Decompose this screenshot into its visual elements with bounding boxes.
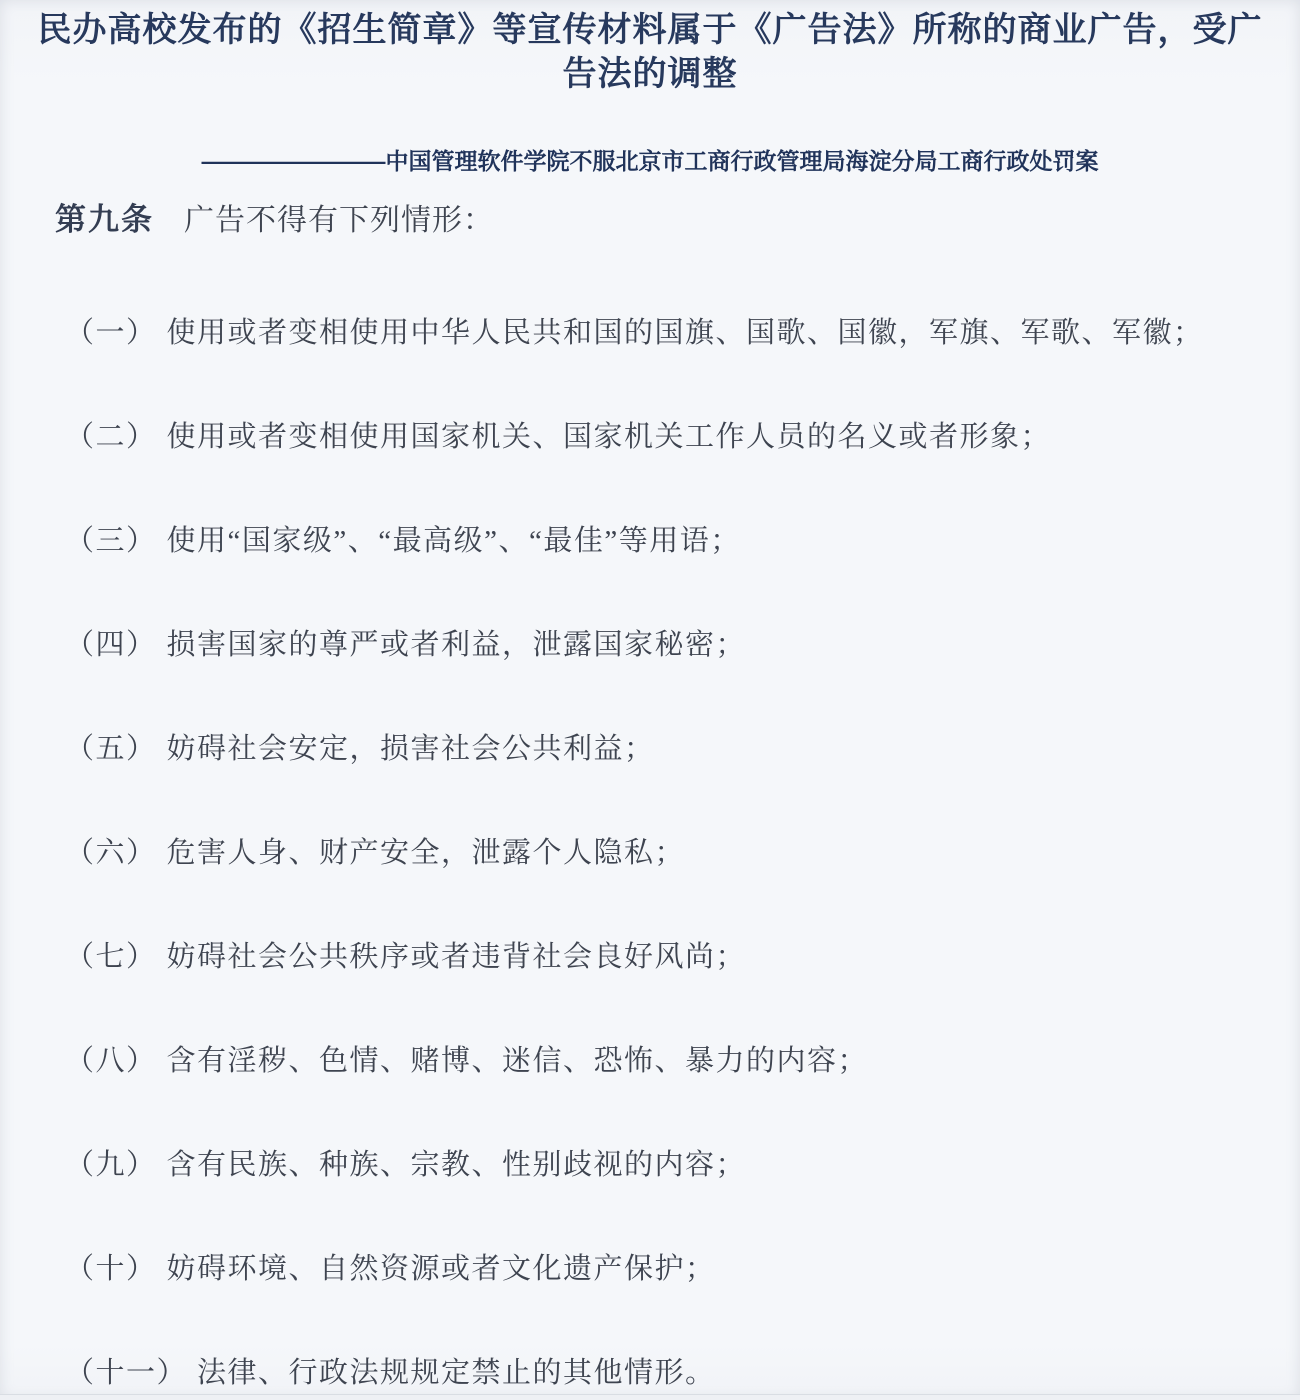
item-marker: （九） (65, 1149, 157, 1181)
item-text: 含有淫秽、色情、赌博、迷信、恐怖、暴力的内容； (167, 1045, 869, 1077)
item-marker: （三） (65, 525, 157, 557)
item-marker: （十一） (65, 1357, 187, 1389)
article-number: 第九条 (55, 202, 154, 237)
list-item: （六）危害人身、财产安全，泄露个人隐私； (65, 833, 1260, 873)
item-text: 使用或者变相使用国家机关、国家机关工作人员的名义或者形象； (167, 421, 1052, 453)
item-marker: （二） (65, 421, 157, 453)
item-text: 妨碍社会公共秩序或者违背社会良好风尚； (167, 941, 747, 973)
list-item: （十）妨碍环境、自然资源或者文化遗产保护； (65, 1249, 1260, 1289)
item-text: 妨碍社会安定，损害社会公共利益； (167, 733, 655, 765)
list-item: （一）使用或者变相使用中华人民共和国的国旗、国歌、国徽，军旗、军歌、军徽； (65, 313, 1260, 353)
item-marker: （十） (65, 1253, 157, 1285)
item-text: 法律、行政法规规定禁止的其他情形。 (197, 1357, 716, 1389)
list-item: （二）使用或者变相使用国家机关、国家机关工作人员的名义或者形象； (65, 417, 1260, 457)
list-item: （九）含有民族、种族、宗教、性别歧视的内容； (65, 1145, 1260, 1185)
list-item: （十一）法律、行政法规规定禁止的其他情形。 (65, 1353, 1260, 1393)
item-text: 含有民族、种族、宗教、性别歧视的内容； (167, 1149, 747, 1181)
case-subtitle: ————————中国管理软件学院不服北京市工商行政管理局海淀分局工商行政处罚案 (0, 146, 1300, 176)
list-item: （四）损害国家的尊严或者利益，泄露国家秘密； (65, 625, 1260, 665)
list-item: （八）含有淫秽、色情、赌博、迷信、恐怖、暴力的内容； (65, 1041, 1260, 1081)
item-marker: （六） (65, 837, 157, 869)
document-page: 民办高校发布的《招生简章》等宣传材料属于《广告法》所称的商业广告，受广告法的调整… (0, 0, 1300, 1400)
article-heading: 第九条广告不得有下列情形： (0, 200, 1300, 241)
prohibited-items-list: （一）使用或者变相使用中华人民共和国的国旗、国歌、国徽，军旗、军歌、军徽； （二… (0, 313, 1300, 1393)
list-item: （七）妨碍社会公共秩序或者违背社会良好风尚； (65, 937, 1260, 977)
item-text: 危害人身、财产安全，泄露个人隐私； (167, 837, 686, 869)
page-title: 民办高校发布的《招生简章》等宣传材料属于《广告法》所称的商业广告，受广告法的调整 (30, 0, 1270, 96)
page-bottom-edge (0, 1394, 1300, 1400)
item-text: 损害国家的尊严或者利益，泄露国家秘密； (167, 629, 747, 661)
item-marker: （七） (65, 941, 157, 973)
list-item: （五）妨碍社会安定，损害社会公共利益； (65, 729, 1260, 769)
item-marker: （五） (65, 733, 157, 765)
item-marker: （八） (65, 1045, 157, 1077)
item-marker: （一） (65, 317, 157, 349)
item-text: 使用或者变相使用中华人民共和国的国旗、国歌、国徽，军旗、军歌、军徽； (167, 317, 1204, 349)
item-text: 妨碍环境、自然资源或者文化遗产保护； (167, 1253, 716, 1285)
list-item: （三）使用“国家级”、“最高级”、“最佳”等用语； (65, 521, 1260, 561)
item-marker: （四） (65, 629, 157, 661)
article-lead: 广告不得有下列情形： (184, 204, 494, 237)
item-text: 使用“国家级”、“最高级”、“最佳”等用语； (167, 525, 741, 557)
